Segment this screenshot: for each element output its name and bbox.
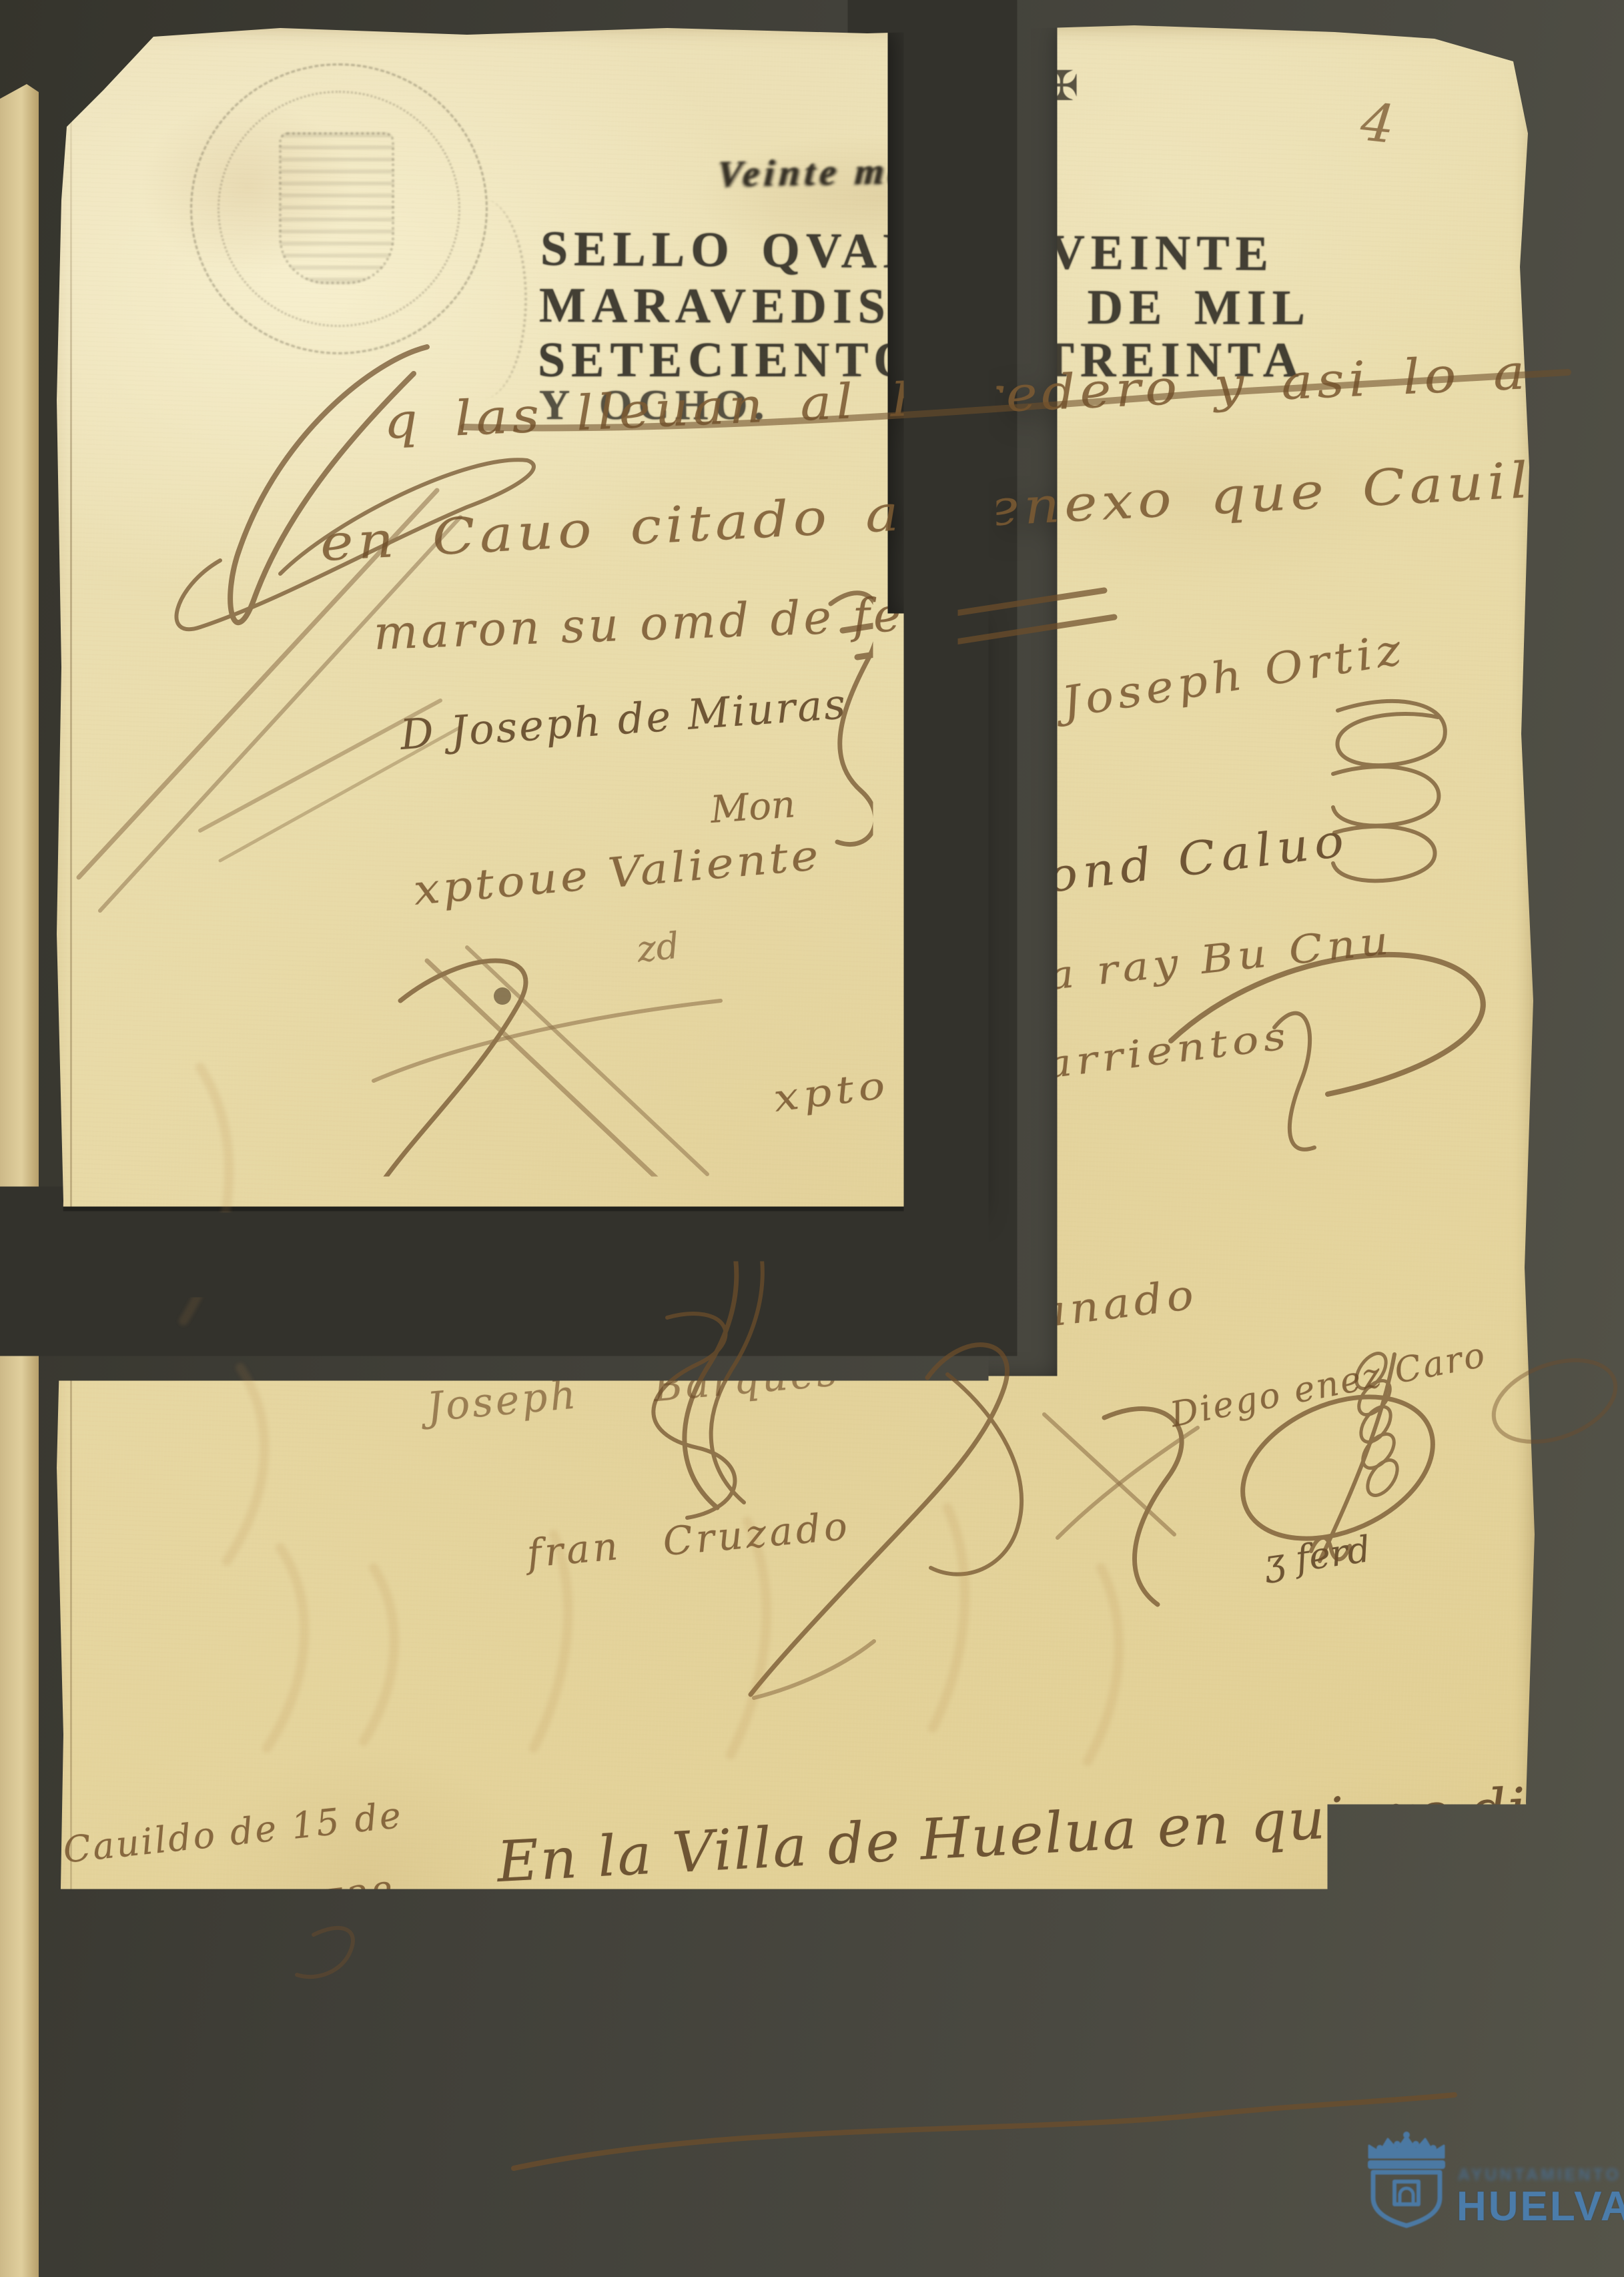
signature-caluo-line2: de la ray Bu Cnu <box>945 917 1394 1009</box>
partial-stamp-arc <box>438 199 527 399</box>
maltese-cross-icon: ✠ <box>1044 61 1079 110</box>
signature-granado: Pedro Granado <box>801 1270 1201 1366</box>
signature-diego-rubric: ʒ ferd <box>1262 1528 1373 1584</box>
folio-number: 4 <box>1358 92 1397 155</box>
signature-valiente-rubric-zd: zd <box>635 925 681 971</box>
stamp-overprint-text: Veinte maravedis <box>716 147 1056 196</box>
body-line-4: ella estando junto en su ayuntamto <box>412 2064 1360 2170</box>
coat-of-arms-shield <box>279 132 394 284</box>
signature-miuras-mon: Mon <box>709 783 797 832</box>
document-scan: ✠ Veinte maravedis SELLO QVARTO, VEINTE … <box>0 0 1624 2277</box>
watermark-small-text: AYUNTAMIENTO DE <box>1458 2166 1624 2185</box>
seal-text-line2: MARAVEDIS, AÑO DE MIL <box>539 278 1311 337</box>
note-line-3: maron su omd de feo <box>373 586 937 660</box>
seal-text-line1: SELLO QVARTO, VEINTE <box>540 221 1275 283</box>
signature-barrientos: xpto bal Barrientos <box>771 1014 1293 1121</box>
margin-note-line2: febrero de 1738. <box>71 1873 411 1955</box>
signature-cruzado: fran Cruzado <box>525 1503 852 1576</box>
watermark-title: HUELVA <box>1457 2183 1624 2230</box>
signature-diego: Diego enez Caro <box>1167 1335 1490 1436</box>
signature-cruz: Cruz <box>468 1320 574 1377</box>
adjacent-page-edge <box>0 84 39 2277</box>
signature-miuras: D Joseph de Miuras <box>398 679 849 759</box>
signature-fran-de-paula: fran de paula <box>414 1199 723 1277</box>
note-line-2: en Cauo citado a Genexo que Cauildo y se… <box>319 432 1624 572</box>
margin-note-line1: Cauildo de 15 de <box>61 1794 405 1871</box>
fold-crease <box>70 47 72 2195</box>
manuscript-page: ✠ Veinte maravedis SELLO QVARTO, VEINTE … <box>40 20 1541 2228</box>
signature-caluo-line1: d D ond Caluo <box>921 814 1352 919</box>
signature-valiente: xptoue Valiente <box>412 831 823 915</box>
signature-ortiz: Dn Joseph Ortiz <box>963 625 1408 743</box>
